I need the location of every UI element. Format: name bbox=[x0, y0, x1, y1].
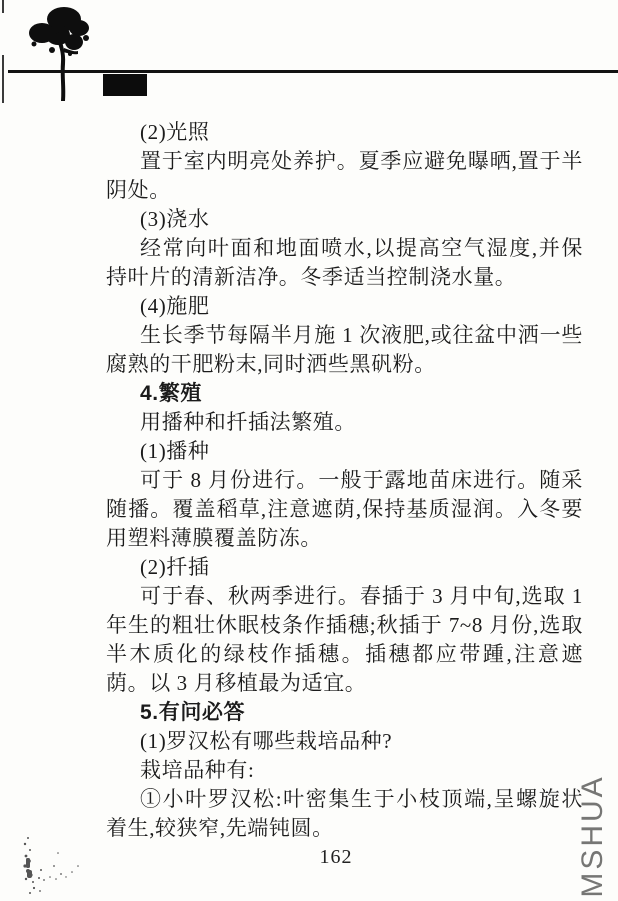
section-label: (1)播种 bbox=[106, 437, 583, 466]
question-label: (1)罗汉松有哪些栽培品种? bbox=[106, 727, 583, 756]
paragraph: 生长季节每隔半月施 1 次液肥,或往盆中洒一些腐熟的干肥粉末,同时洒些黑矾粉。 bbox=[106, 321, 583, 379]
page-number: 162 bbox=[106, 846, 566, 869]
section-heading: 4.繁殖 bbox=[106, 379, 583, 408]
paragraph: ①小叶罗汉松:叶密集生于小枝顶端,呈螺旋状着生,较狭窄,先端钝圆。 bbox=[106, 785, 583, 843]
paragraph: 栽培品种有: bbox=[106, 756, 583, 785]
page-edge-mark bbox=[2, 0, 4, 13]
section-label: (2)光照 bbox=[106, 118, 583, 147]
ink-block bbox=[103, 74, 147, 96]
paragraph: 可于 8 月份进行。一般于露地苗床进行。随采随播。覆盖稻草,注意遮荫,保持基质湿… bbox=[106, 466, 583, 553]
watermark: MSHUA bbox=[576, 774, 610, 897]
pine-tree-logo-icon bbox=[24, 4, 102, 109]
scanned-book-page: (2)光照 置于室内明亮处养护。夏季应避免曝晒,置于半阴处。 (3)浇水 经常向… bbox=[0, 0, 618, 901]
section-label: (4)施肥 bbox=[106, 292, 583, 321]
section-label: (3)浇水 bbox=[106, 205, 583, 234]
section-heading: 5.有问必答 bbox=[106, 698, 583, 727]
paragraph: 置于室内明亮处养护。夏季应避免曝晒,置于半阴处。 bbox=[106, 147, 583, 205]
scan-smudge bbox=[14, 830, 104, 901]
paragraph: 经常向叶面和地面喷水,以提高空气湿度,并保持叶片的清新洁净。冬季适当控制浇水量。 bbox=[106, 234, 583, 292]
paragraph: 可于春、秋两季进行。春插于 3 月中旬,选取 1 年生的粗壮休眠枝条作插穗;秋插… bbox=[106, 582, 583, 698]
page-edge-mark bbox=[2, 55, 4, 103]
body-text: (2)光照 置于室内明亮处养护。夏季应避免曝晒,置于半阴处。 (3)浇水 经常向… bbox=[106, 118, 583, 843]
header-rule bbox=[8, 70, 618, 73]
section-label: (2)扦插 bbox=[106, 553, 583, 582]
paragraph: 用播种和扦插法繁殖。 bbox=[106, 408, 583, 437]
